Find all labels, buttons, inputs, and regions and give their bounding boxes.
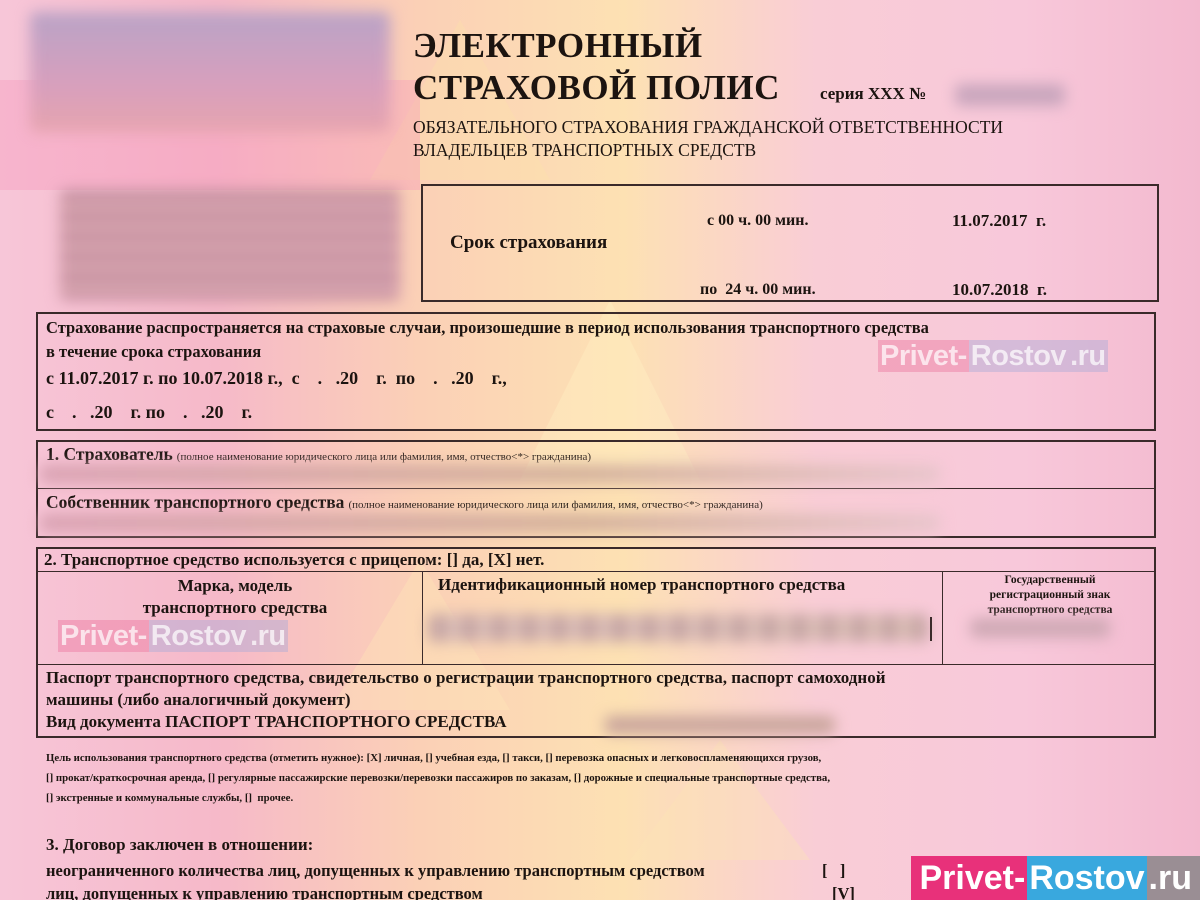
series-label: серия ХХХ №	[820, 84, 926, 104]
divider	[37, 664, 1155, 665]
col-vin-header: Идентификационный номер транспортного ср…	[438, 575, 845, 595]
divider	[422, 571, 423, 664]
watermark-privet-rostov-corner: Privet-Rostov.ru	[911, 856, 1200, 900]
col-make-header: Марка, модель транспортного средства	[120, 575, 350, 619]
section3-title: 3. Договор заключен в отношении:	[46, 835, 313, 855]
owner-field: Собственник транспортного средства (полн…	[46, 492, 763, 513]
redacted-logo	[30, 12, 390, 132]
doc-type: Вид документа ПАСПОРТ ТРАНСПОРТНОГО СРЕД…	[46, 712, 507, 732]
policy-subtitle-line2: ВЛАДЕЛЬЦЕВ ТРАНСПОРТНЫХ СРЕДСТВ	[413, 140, 756, 161]
owner-hint: (полное наименование юридического лица и…	[348, 499, 762, 511]
coverage-line3: с 11.07.2017 г. по 10.07.2018 г., с . .2…	[46, 368, 507, 389]
purpose-line3: [] экстренные и коммунальные службы, [] …	[46, 792, 293, 804]
owner-label: Собственник транспортного средства	[46, 492, 344, 512]
policy-title-line1: ЭЛЕКТРОННЫЙ	[413, 26, 703, 66]
section3-option2-mark: [V]	[832, 884, 855, 900]
term-to-date: 10.07.2018 г.	[952, 280, 1047, 300]
purpose-line2: [] прокат/краткосрочная аренда, [] регул…	[46, 772, 830, 784]
term-from-time: с 00 ч. 00 мин.	[707, 212, 808, 230]
trailer-line: 2. Транспортное средство используется с …	[44, 550, 544, 570]
redacted-vin	[428, 614, 928, 642]
redacted-plate	[970, 618, 1110, 638]
divider	[930, 617, 932, 641]
insurer-label: 1. Страхователь	[46, 444, 173, 464]
watermark-privet-rostov: Privet-Rostov.ru	[872, 340, 1114, 373]
purpose-line1: Цель использования транспортного средств…	[46, 752, 821, 764]
redacted-doc-number	[605, 716, 835, 734]
insurer-hint: (полное наименование юридического лица и…	[177, 451, 591, 463]
section3-option1-mark: [ ]	[822, 861, 845, 881]
divider	[37, 488, 1155, 489]
section3-option1: неограниченного количества лиц, допущенн…	[46, 861, 705, 881]
term-from-date: 11.07.2017 г.	[952, 211, 1046, 231]
redacted-insurer-name	[40, 465, 940, 483]
coverage-line4: с . .20 г. по . .20 г.	[46, 402, 252, 423]
insurer-field: 1. Страхователь (полное наименование юри…	[46, 444, 591, 465]
policy-subtitle-line1: ОБЯЗАТЕЛЬНОГО СТРАХОВАНИЯ ГРАЖДАНСКОЙ ОТ…	[413, 117, 1003, 138]
doc-line1: Паспорт транспортного средства, свидетел…	[46, 668, 886, 688]
term-to-time: по 24 ч. 00 мин.	[700, 281, 816, 299]
redacted-insurer-info	[60, 190, 400, 300]
divider	[942, 571, 943, 664]
redacted-owner-name	[40, 514, 940, 532]
watermark-privet-rostov: Privet-Rostov.ru	[52, 620, 294, 653]
term-label: Срок страхования	[450, 232, 607, 254]
col-plate-header: Государственный регистрационный знак тра…	[960, 573, 1140, 618]
divider	[37, 571, 1155, 572]
coverage-line1: Страхование распространяется на страховы…	[46, 318, 929, 338]
coverage-line2: в течение срока страхования	[46, 342, 261, 362]
section3-option2: лиц, допущенных к управлению транспортны…	[46, 884, 483, 900]
doc-line2: машины (либо аналогичный документ)	[46, 690, 351, 710]
policy-title-line2: СТРАХОВОЙ ПОЛИС	[413, 68, 780, 108]
redacted-policy-number	[955, 84, 1065, 106]
